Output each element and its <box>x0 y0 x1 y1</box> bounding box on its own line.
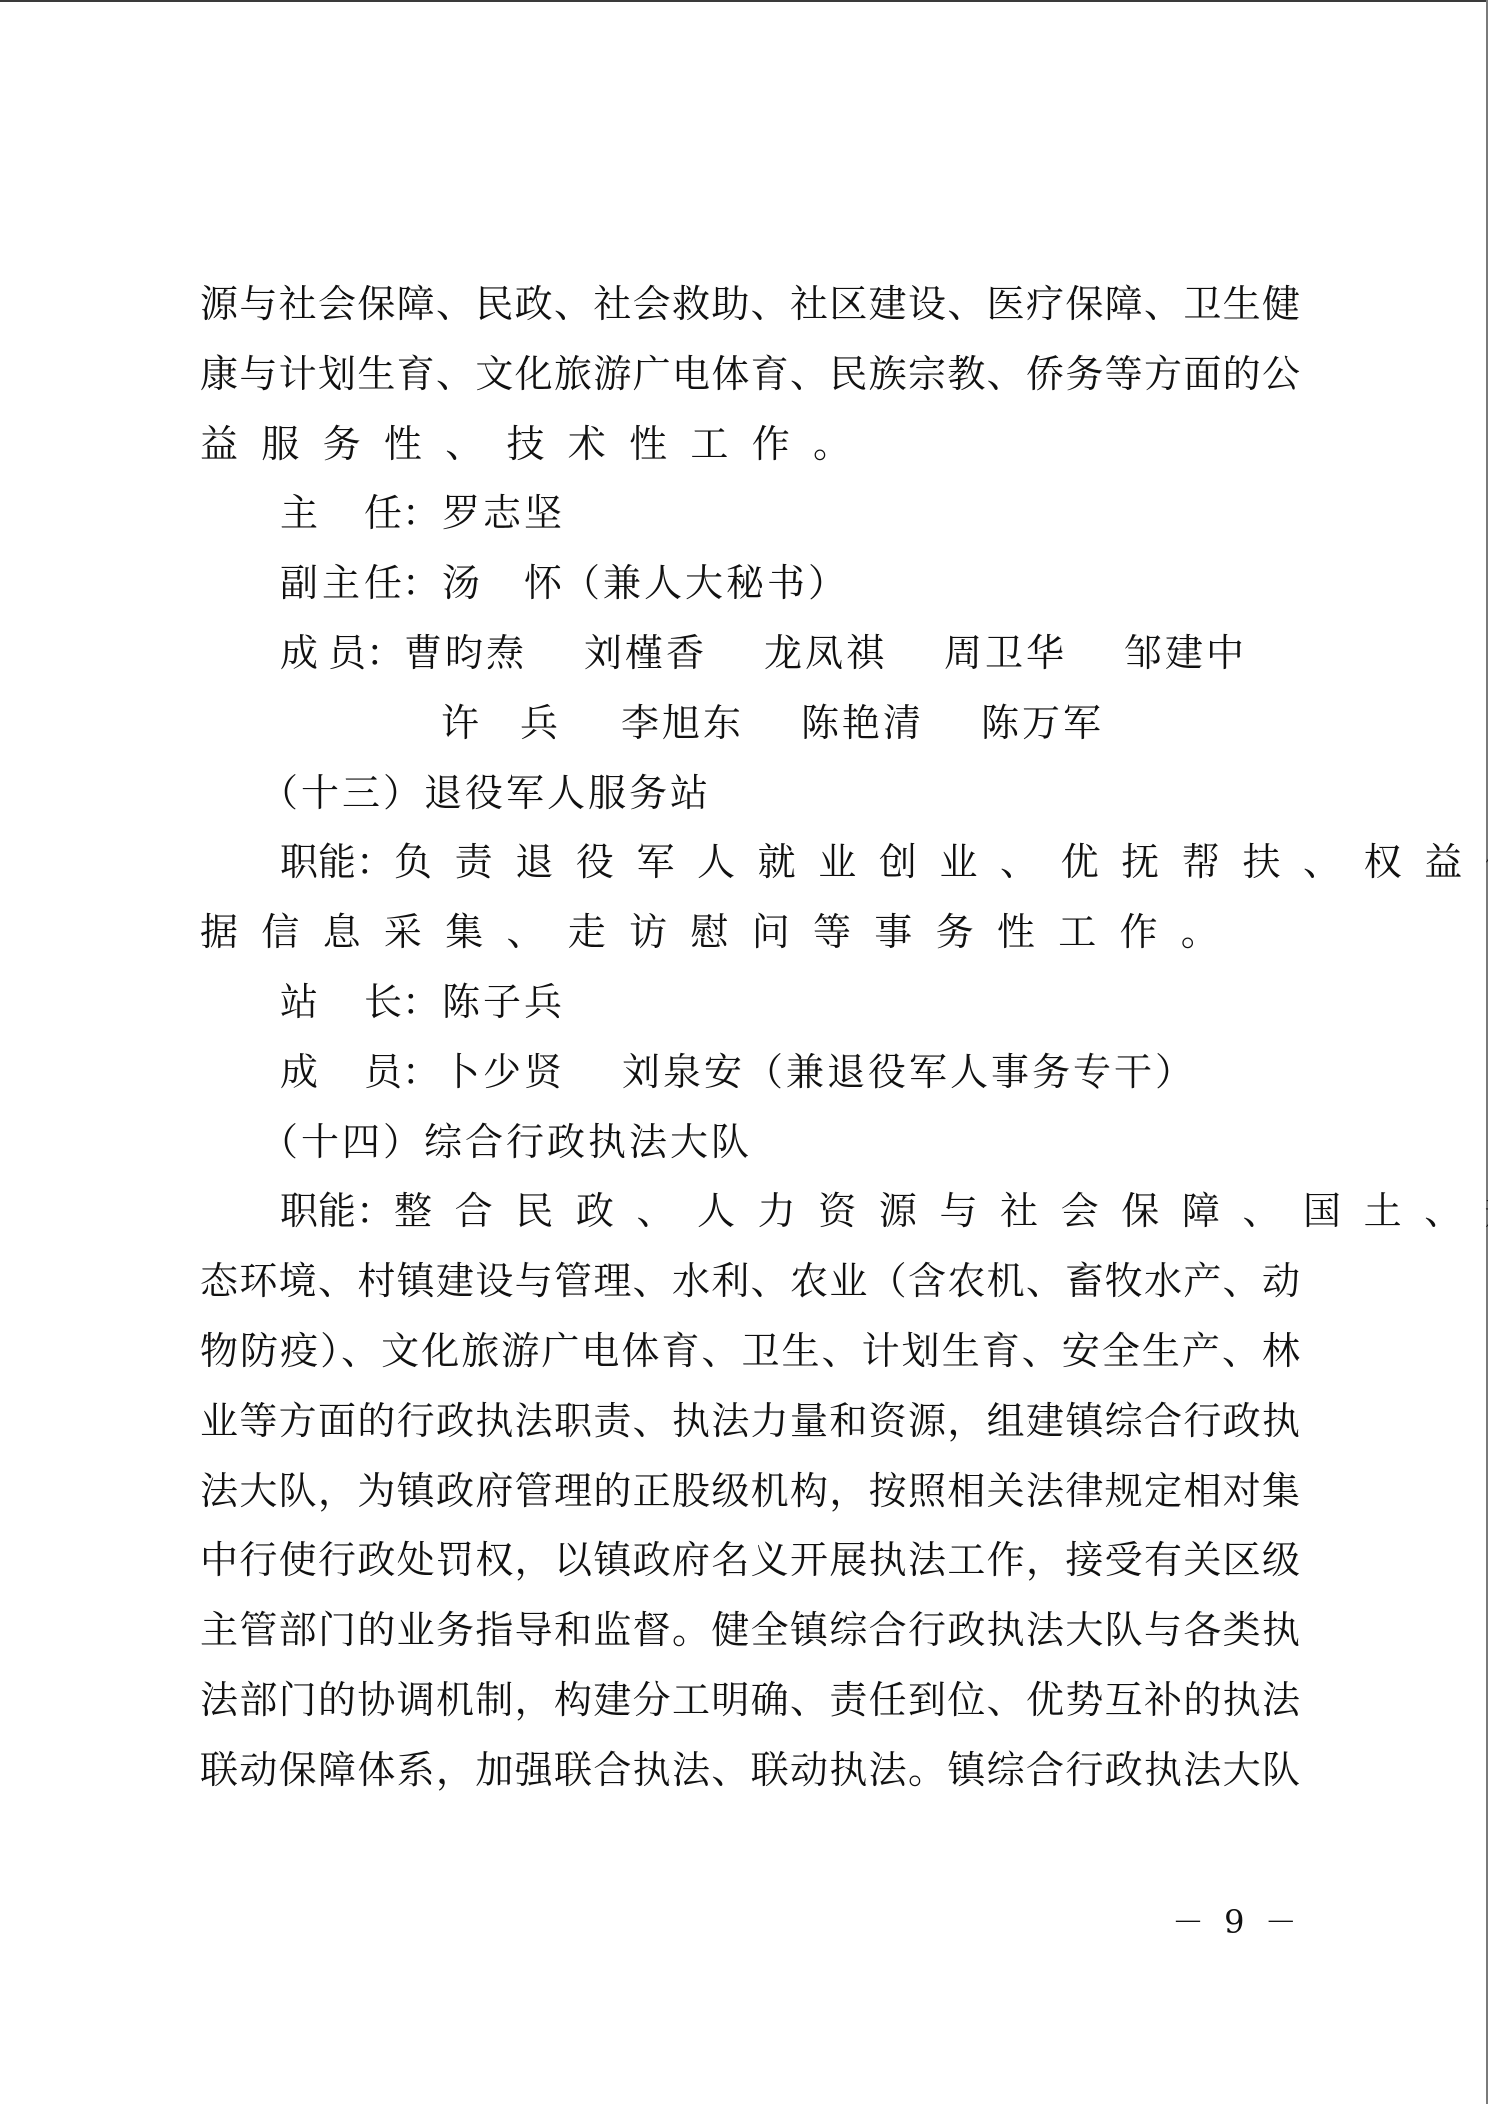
label-char: 员 <box>328 619 366 689</box>
paragraph-line: 益服务性、技术性工作。 <box>200 410 1304 480</box>
section-14-title: （十四）综合行政执法大队 <box>200 1108 1304 1178</box>
deputy-director-note: （兼人大秘书） <box>562 549 849 619</box>
members-row: 成 员 ： 曹昀焘 刘槿香 龙凤祺 周卫华 邹建中 <box>200 619 1304 689</box>
member-name: 曹昀焘 <box>404 619 584 689</box>
member-name: 刘槿香 <box>584 619 764 689</box>
station-head-row: 站 长 ： 陈子兵 <box>200 968 1304 1038</box>
section-13-function-row: 职 能 ： 负责退役军人就业创业、优抚帮扶、权益保障、数 <box>200 828 1304 898</box>
page-border-top <box>0 0 1488 2</box>
section-14-function-row: 职 能 ： 整合民政、人力资源与社会保障、国土、规划、生 <box>200 1177 1304 1247</box>
station-head-name: 陈子兵 <box>442 968 565 1038</box>
member-name: 周卫华 <box>944 619 1124 689</box>
label-char: 任 <box>364 549 402 619</box>
paragraph-line: 业等方面的行政执法职责、执法力量和资源，组建镇综合行政执 <box>200 1387 1300 1457</box>
member-name: 邹建中 <box>1124 619 1304 689</box>
label-colon: ： <box>402 1038 442 1108</box>
member-name: 李旭东 <box>621 689 801 759</box>
paragraph-line: 法大队，为镇政府管理的正股级机构，按照相关法律规定相对集 <box>200 1457 1300 1527</box>
deputy-director-row: 副 主 任 ： 汤 怀 （兼人大秘书） <box>200 549 1304 619</box>
paragraph-line: 主管部门的业务指导和监督。健全镇综合行政执法大队与各类执 <box>200 1596 1300 1666</box>
label-colon: ： <box>402 479 442 549</box>
function-label: 职 能 <box>280 828 356 898</box>
label-char: 主 <box>280 479 318 549</box>
paragraph-line: 物防疫）、文化旅游广电体育、卫生、计划生育、安全生产、林 <box>200 1317 1300 1387</box>
page-number: － 9 － <box>1172 1900 1297 1944</box>
function-text: 整合民政、人力资源与社会保障、国土、规划、生 <box>394 1177 1488 1247</box>
deputy-director-name: 汤 怀 <box>442 549 562 619</box>
label-char: 成 <box>280 1038 318 1108</box>
director-name: 罗志坚 <box>442 479 565 549</box>
label-char: 副 <box>280 549 318 619</box>
label-char: 职 <box>280 1177 318 1247</box>
paragraph-line: 态环境、村镇建设与管理、水利、农业（含农机、畜牧水产、动 <box>200 1247 1300 1317</box>
label-char: 能 <box>318 1177 356 1247</box>
label-colon: ： <box>402 968 442 1038</box>
name-char: 许 <box>441 689 482 759</box>
director-row: 主 任 ： 罗志坚 <box>200 479 1304 549</box>
section-13-title: （十三）退役军人服务站 <box>200 759 1304 829</box>
members-names: 曹昀焘 刘槿香 龙凤祺 周卫华 邹建中 <box>404 619 1304 689</box>
label-char: 站 <box>280 968 318 1038</box>
label-colon: ： <box>356 1177 394 1247</box>
members-label: 成 员 <box>280 619 366 689</box>
label-colon: ： <box>366 619 404 689</box>
document-body: 源与社会保障、民政、社会救助、社区建设、医疗保障、卫生健 康与计划生育、文化旅游… <box>200 270 1304 1806</box>
paragraph-line: 康与计划生育、文化旅游广电体育、民族宗教、侨务等方面的公 <box>200 340 1300 410</box>
label-char: 主 <box>322 549 360 619</box>
name-char: 汤 <box>442 549 480 619</box>
member-name: 龙凤祺 <box>764 619 944 689</box>
label-colon: ： <box>402 549 442 619</box>
members-label: 成 员 <box>280 1038 402 1108</box>
label-colon: ： <box>356 828 394 898</box>
label-char: 成 <box>280 619 318 689</box>
member-name: 许 兵 <box>441 689 561 759</box>
function-text: 负责退役军人就业创业、优抚帮扶、权益保障、数 <box>394 828 1488 898</box>
member-name: 刘泉安（兼退役军人事务专干） <box>622 1038 1196 1108</box>
member-name: 卜少贤 <box>442 1038 622 1108</box>
members-row-continued: 许 兵 李旭东 陈艳清 陈万军 <box>200 689 1304 759</box>
name-char: 兵 <box>520 689 561 759</box>
function-label: 职 能 <box>280 1177 356 1247</box>
paragraph-line: 联动保障体系，加强联合执法、联动执法。镇综合行政执法大队 <box>200 1736 1300 1806</box>
member-name: 陈艳清 <box>801 689 981 759</box>
label-char: 员 <box>364 1038 402 1108</box>
section-13-members-row: 成 员 ： 卜少贤 刘泉安（兼退役军人事务专干） <box>200 1038 1304 1108</box>
paragraph-line: 中行使行政处罚权，以镇政府名义开展执法工作，接受有关区级 <box>200 1526 1300 1596</box>
label-char: 职 <box>280 828 318 898</box>
name-char: 怀 <box>524 549 562 619</box>
paragraph-line: 源与社会保障、民政、社会救助、社区建设、医疗保障、卫生健 <box>200 270 1300 340</box>
label-char: 能 <box>318 828 356 898</box>
paragraph-line: 据信息采集、走访慰问等事务性工作。 <box>200 898 1304 968</box>
director-label: 主 任 <box>280 479 402 549</box>
label-char: 任 <box>364 479 402 549</box>
station-head-label: 站 长 <box>280 968 402 1038</box>
deputy-director-label: 副 主 任 <box>280 549 402 619</box>
paragraph-line: 法部门的协调机制，构建分工明确、责任到位、优势互补的执法 <box>200 1666 1300 1736</box>
label-char: 长 <box>364 968 402 1038</box>
member-name: 陈万军 <box>981 689 1161 759</box>
